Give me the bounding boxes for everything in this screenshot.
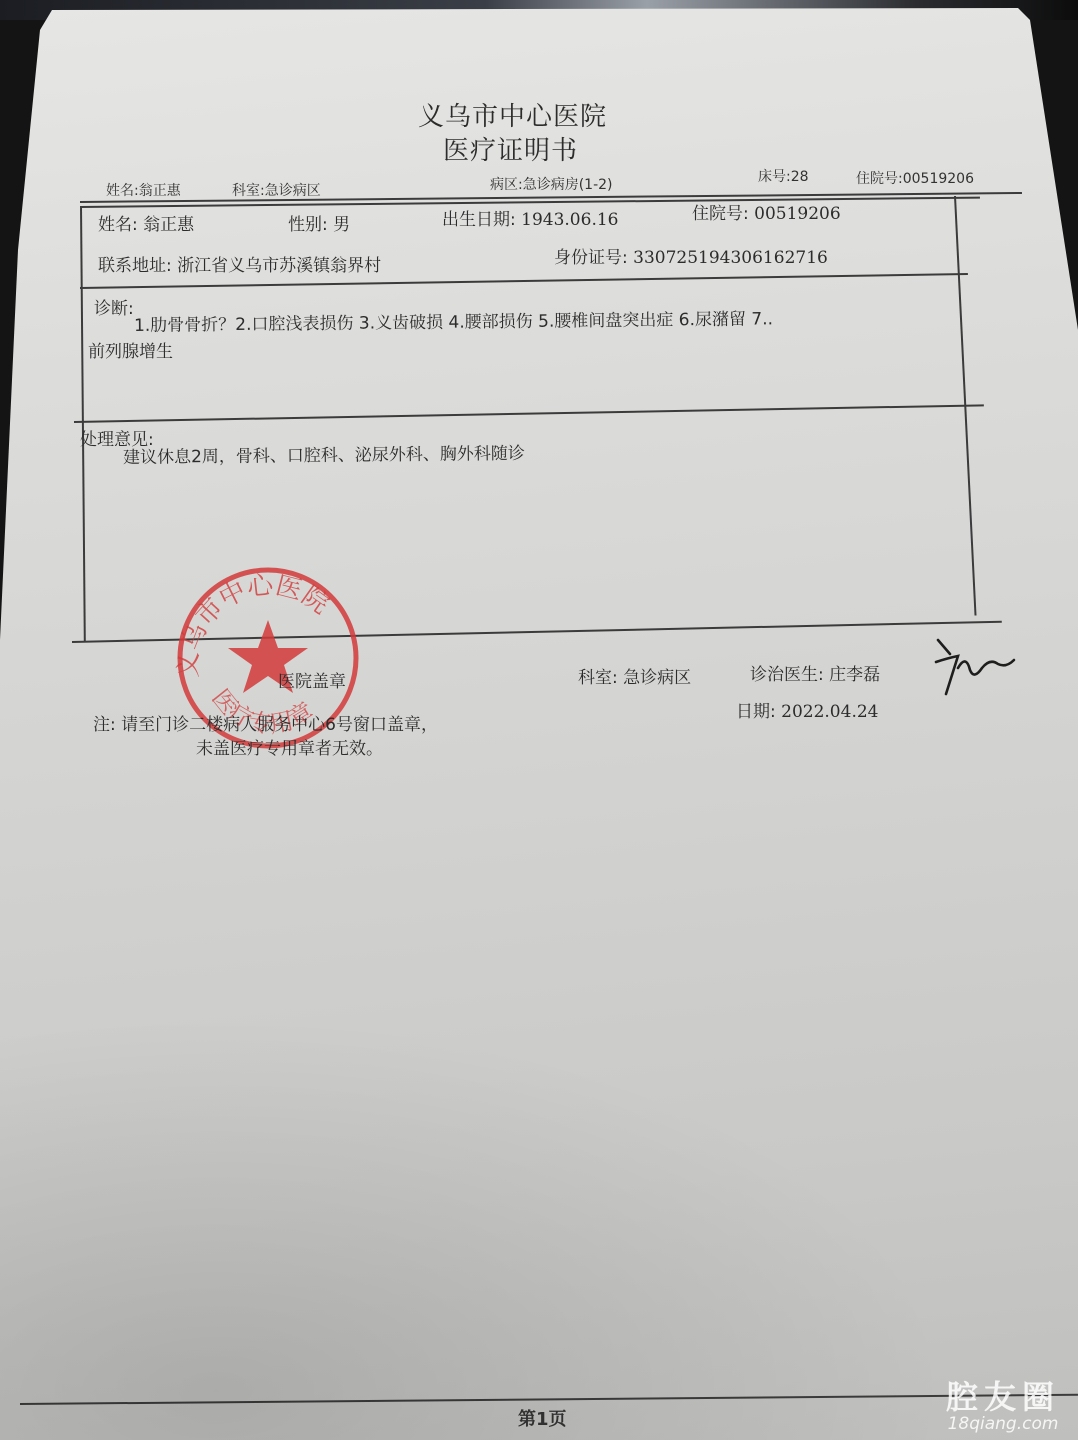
table-bottom-border bbox=[72, 621, 1002, 643]
footer-doctor: 诊治医生: 庄李磊 bbox=[750, 660, 880, 685]
footer-department: 科室: 急诊病区 bbox=[578, 663, 691, 688]
site-watermark: 腔友圈 18qiang.com bbox=[946, 1372, 1060, 1434]
stamp-top-text: 义乌市中心医院 bbox=[174, 570, 335, 678]
patient-gender-label: 性别: bbox=[288, 215, 328, 235]
patient-dob-field: 出生日期: 1943.06.16 bbox=[442, 205, 618, 230]
treatment-text: 建议休息2周，骨科、口腔科、泌尿外科、胸外科随诊 bbox=[123, 439, 525, 468]
patient-address-label: 联系地址: bbox=[98, 256, 172, 276]
patient-address-value: 浙江省义乌市苏溪镇翁界村 bbox=[177, 256, 381, 276]
table-left-border bbox=[80, 206, 86, 642]
row-divider-diagnosis bbox=[74, 404, 984, 423]
header-ward: 病区:急诊病房(1-2) bbox=[490, 174, 613, 194]
header-name: 姓名:翁正惠 bbox=[106, 180, 181, 200]
patient-name-field: 姓名: 翁正惠 bbox=[98, 210, 194, 235]
patient-admission-label: 住院号: bbox=[692, 204, 749, 224]
paper-shadow bbox=[0, 950, 1078, 1440]
patient-id-field: 身份证号: 330725194306162716 bbox=[554, 243, 828, 268]
footer-date-value: 2022.04.24 bbox=[781, 702, 878, 722]
patient-admission-field: 住院号: 00519206 bbox=[692, 199, 841, 224]
document-title: 医疗证明书 bbox=[443, 130, 578, 167]
page-number: 第1页 bbox=[518, 1405, 567, 1431]
patient-id-value: 330725194306162716 bbox=[633, 248, 828, 268]
patient-admission-value: 00519206 bbox=[754, 204, 841, 224]
watermark-url: 18qiang.com bbox=[946, 1414, 1060, 1434]
diagnosis-label: 诊断: bbox=[94, 294, 134, 319]
footer-note-line-2: 未盖医疗专用章者无效。 bbox=[196, 734, 383, 759]
doctor-signature bbox=[928, 632, 1018, 702]
diagnosis-line-1: 1.肋骨骨折？2.口腔浅表损伤 3.义齿破损 4.腰部损伤 5.腰椎间盘突出症 … bbox=[134, 304, 773, 336]
patient-name-label: 姓名: bbox=[98, 215, 138, 235]
footer-note-line-1: 注: 请至门诊二楼病人服务中心6号窗口盖章， bbox=[93, 710, 438, 735]
footer-date-label: 日期: bbox=[736, 702, 776, 722]
patient-dob-value: 1943.06.16 bbox=[521, 210, 618, 230]
hospital-name: 义乌市中心医院 bbox=[418, 96, 607, 133]
diagnosis-line-2: 前列腺增生 bbox=[88, 337, 173, 362]
header-bed: 床号:28 bbox=[758, 166, 809, 186]
patient-gender-value: 男 bbox=[333, 215, 350, 235]
patient-id-label: 身份证号: bbox=[554, 248, 628, 268]
patient-name-value: 翁正惠 bbox=[143, 215, 194, 235]
header-admission-no: 住院号:00519206 bbox=[856, 168, 974, 188]
patient-dob-label: 出生日期: bbox=[442, 210, 516, 230]
footer-date-field: 日期: 2022.04.24 bbox=[736, 697, 878, 722]
page-bottom-rule bbox=[20, 1394, 1078, 1405]
patient-address-field: 联系地址: 浙江省义乌市苏溪镇翁界村 bbox=[98, 251, 381, 276]
svg-text:义乌市中心医院: 义乌市中心医院 bbox=[174, 570, 335, 678]
patient-gender-field: 性别: 男 bbox=[288, 210, 350, 235]
watermark-brand: 腔友圈 bbox=[946, 1372, 1060, 1418]
medical-certificate-paper: 义乌市中心医院 医疗证明书 姓名:翁正惠 科室:急诊病区 病区:急诊病房(1-2… bbox=[0, 0, 1078, 1440]
stamp-label: 医院盖章 bbox=[278, 667, 346, 692]
header-department: 科室:急诊病区 bbox=[232, 180, 321, 200]
